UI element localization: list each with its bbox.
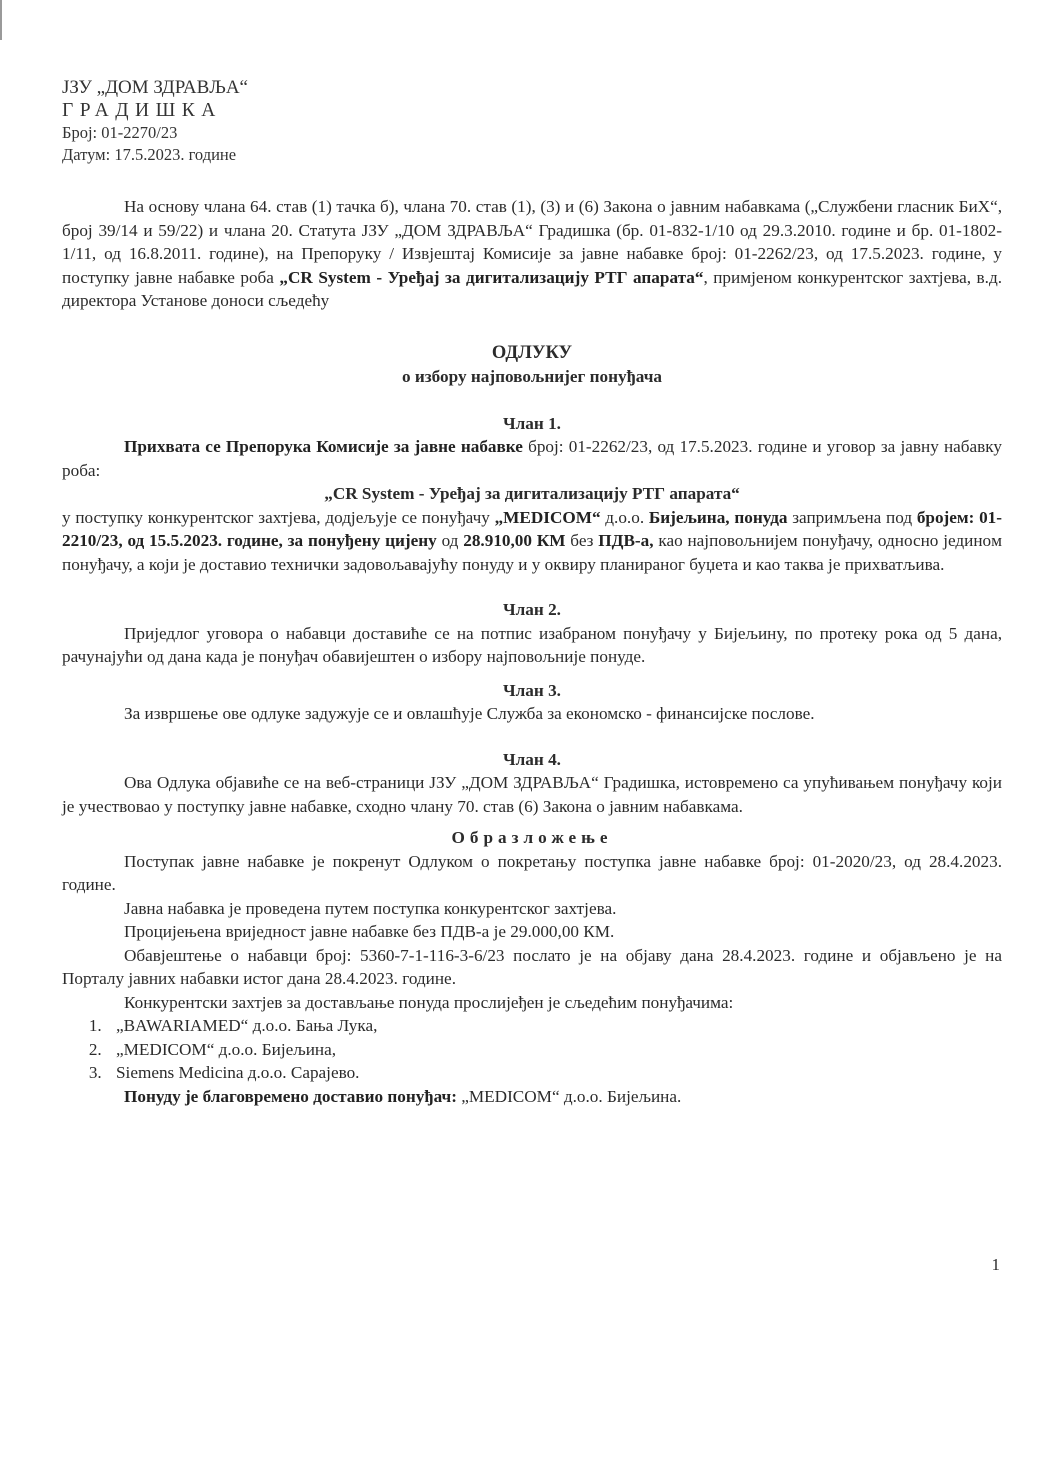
awarded-price: 28.910,00 КМ: [463, 531, 565, 550]
explanation-paragraph: Јавна набавка је проведена путем поступк…: [62, 897, 1002, 921]
explanation-final: Понуду је благовремено доставио понуђач:…: [62, 1085, 1002, 1109]
document-date: Датум: 17.5.2023. године: [62, 144, 1002, 166]
article-4-heading: Члан 4.: [62, 748, 1002, 772]
article-2-heading: Члан 2.: [62, 598, 1002, 622]
article-2-text: Приједлог уговора о набавци доставиће се…: [62, 622, 1002, 669]
scan-edge: [0, 0, 2, 40]
decision-title: ОДЛУКУ: [62, 342, 1002, 366]
bidders-list: „BAWARIAMED“ д.о.о. Бања Лука, „MEDICOM“…: [62, 1014, 1002, 1085]
document-page: ЈЗУ „ДОМ ЗДРАВЉА“ ГРАДИШКА Број: 01-2270…: [62, 76, 1002, 1108]
institution-name: ЈЗУ „ДОМ ЗДРАВЉА“: [62, 76, 1002, 99]
page-number: 1: [992, 1255, 1001, 1275]
article-3-heading: Члан 3.: [62, 679, 1002, 703]
procurement-subject: „CR System - Уређај за дигитализацију РТ…: [279, 268, 703, 287]
institution-city: ГРАДИШКА: [62, 99, 1002, 122]
explanation-heading: Образложење: [62, 826, 1002, 850]
article-1-award: у поступку конкурентског захтјева, додје…: [62, 506, 1002, 577]
decision-subtitle: о избору најповољнијег понуђача: [62, 365, 1002, 389]
explanation-paragraph: Конкурентски захтјев за достављање понуд…: [62, 991, 1002, 1015]
intro-paragraph: На основу члана 64. став (1) тачка б), ч…: [62, 195, 1002, 313]
article-1-paragraph: Прихвата се Препорука Комисије за јавне …: [62, 435, 1002, 482]
bidder-item: „MEDICOM“ д.о.о. Бијељина,: [106, 1038, 1002, 1062]
explanation-paragraph: Процијењена вриједност јавне набавке без…: [62, 920, 1002, 944]
explanation-paragraph: Обавјештење о набавци број: 5360-7-1-116…: [62, 944, 1002, 991]
article-4-text: Ова Одлука објавиће се на веб-страници Ј…: [62, 771, 1002, 818]
document-number: Број: 01-2270/23: [62, 122, 1002, 144]
article-1-heading: Члан 1.: [62, 412, 1002, 436]
article-3-text: За извршење ове одлуке задужује се и овл…: [62, 702, 1002, 726]
article-1-item-title: „CR System - Уређај за дигитализацију РТ…: [62, 482, 1002, 506]
explanation-paragraph: Поступак јавне набавке је покренут Одлук…: [62, 850, 1002, 897]
winning-bidder: „MEDICOM“: [495, 508, 601, 527]
bidder-item: Siemens Medicina д.о.о. Сарајево.: [106, 1061, 1002, 1085]
bidder-item: „BAWARIAMED“ д.о.о. Бања Лука,: [106, 1014, 1002, 1038]
